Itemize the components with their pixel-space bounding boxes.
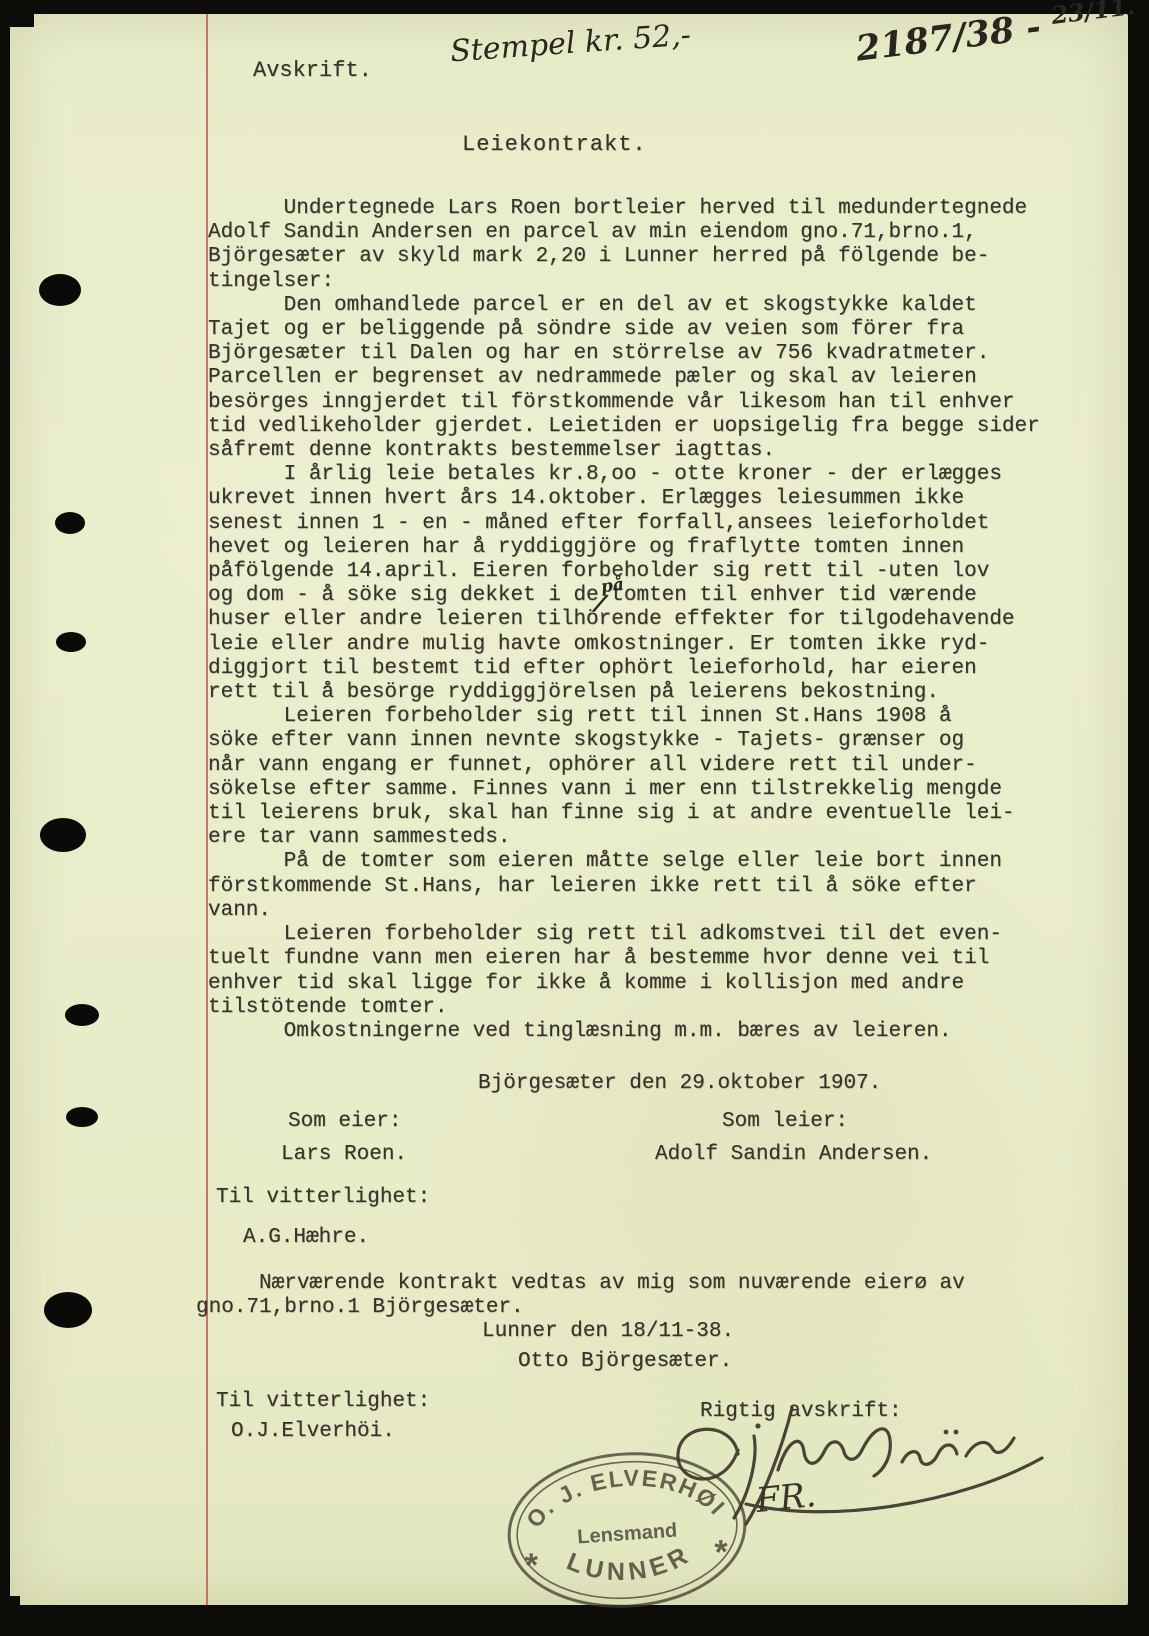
copy-label: Avskrift. bbox=[253, 58, 372, 83]
punch-hole bbox=[40, 818, 86, 852]
journal-date-text: 23/11. bbox=[1050, 0, 1137, 30]
place-date-1938: Lunner den 18/11-38. bbox=[482, 1320, 734, 1343]
punch-hole bbox=[56, 632, 86, 652]
contract-body-text: Undertegnede Lars Roen bortleier herved … bbox=[208, 197, 1040, 1044]
signature-dot bbox=[755, 1423, 760, 1428]
clerk-initials: FR. bbox=[754, 1475, 818, 1521]
punch-hole bbox=[44, 1292, 92, 1328]
scan-corner-notch bbox=[0, 1596, 20, 1636]
lensmann-office-stamp: O. J. ELVERHØI Lensmand * * LUNNER bbox=[489, 1435, 764, 1625]
stamp-right-asterisk: * bbox=[713, 1533, 730, 1572]
owner-name: Lars Roen. bbox=[281, 1143, 407, 1166]
signature-stroke bbox=[902, 1445, 957, 1464]
witness-name-2: O.J.Elverhöi. bbox=[231, 1420, 395, 1443]
punch-hole bbox=[55, 512, 85, 534]
place-date-1907: Björgesæter den 29.oktober 1907. bbox=[478, 1072, 881, 1095]
ratification-text: Nærværende kontrakt vedtas av mig som nu… bbox=[196, 1272, 965, 1320]
signature-dot bbox=[954, 1430, 959, 1435]
owner-caption: Som eier: bbox=[288, 1110, 401, 1133]
signature-stroke bbox=[966, 1438, 1014, 1456]
tenant-name: Adolf Sandin Andersen. bbox=[655, 1143, 932, 1166]
punch-hole bbox=[66, 1107, 98, 1127]
punch-hole bbox=[39, 274, 81, 306]
scan-edge-right bbox=[1128, 0, 1149, 1636]
witness-name-1: A.G.Hæhre. bbox=[243, 1226, 369, 1249]
signature-stroke bbox=[778, 1429, 890, 1476]
scan-edge-left bbox=[0, 0, 10, 1636]
tenant-caption: Som leier: bbox=[722, 1110, 848, 1133]
scan-corner-notch bbox=[0, 0, 34, 27]
current-owner-name: Otto Björgesæter. bbox=[518, 1350, 732, 1373]
stamp-left-asterisk: * bbox=[524, 1546, 541, 1585]
document-title: Leiekontrakt. bbox=[462, 132, 647, 157]
scanned-document-page: Stempel kr. 52,- 2187/38 - 23/11. Avskri… bbox=[0, 0, 1149, 1636]
signature-dot bbox=[944, 1430, 949, 1435]
punch-hole bbox=[65, 1004, 99, 1026]
witness-caption-2: Til vitterlighet: bbox=[216, 1390, 430, 1413]
witness-caption-1: Til vitterlighet: bbox=[216, 1186, 430, 1209]
stamp-middle-text: Lensmand bbox=[577, 1520, 678, 1549]
